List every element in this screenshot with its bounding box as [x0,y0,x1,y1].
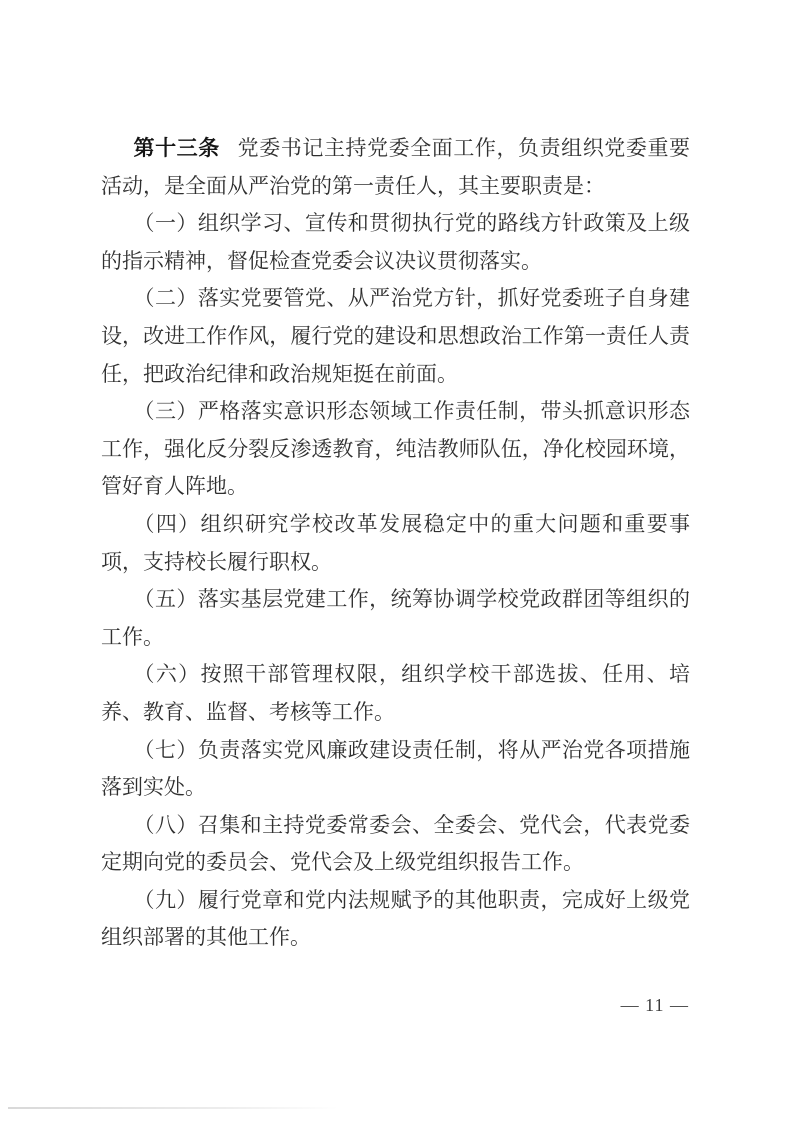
clause-item: （五）落实基层党建工作，统筹协调学校党政群团等组织的工作。 [101,581,690,656]
clause-label: （七） [134,738,198,762]
clause-item: （六）按照干部管理权限，组织学校干部选拔、任用、培养、教育、监督、考核等工作。 [101,656,690,731]
clause-label: （四） [134,512,201,536]
clause-item: （二）落实党要管党、从严治党方针，抓好党委班子自身建设，改进工作作风，履行党的建… [101,280,690,393]
page-number: — 11 — [621,995,689,1016]
clause-label: （三） [134,399,198,423]
clause-label: （八） [134,813,198,837]
clause-label: （五） [134,587,198,611]
clause-item: （七）负责落实党风廉政建设责任制，将从严治党各项措施落到实处。 [101,732,690,807]
clause-label: （二） [134,286,198,310]
article-opening-paragraph: 第十三条党委书记主持党委全面工作，负责组织党委重要活动，是全面从严治党的第一责任… [101,130,690,205]
clause-item: （四）组织研究学校改革发展稳定中的重大问题和重要事项，支持校长履行职权。 [101,506,690,581]
clause-item: （九）履行党章和党内法规赋予的其他职责，完成好上级党组织部署的其他工作。 [101,882,690,957]
article-body: 第十三条党委书记主持党委全面工作，负责组织党委重要活动，是全面从严治党的第一责任… [101,0,690,957]
clause-item: （八）召集和主持党委常委会、全委会、党代会，代表党委定期向党的委员会、党代会及上… [101,807,690,882]
clause-label: （九） [134,888,198,912]
clause-item: （三）严格落实意识形态领域工作责任制，带头抓意识形态工作，强化反分裂反渗透教育，… [101,393,690,506]
article-number: 第十三条 [134,137,220,160]
scan-artifact-line [8,1107,338,1109]
document-page: 第十三条党委书记主持党委全面工作，负责组织党委重要活动，是全面从严治党的第一责任… [0,0,793,1121]
clause-label: （六） [134,662,201,686]
clause-item: （一）组织学习、宣传和贯彻执行党的路线方针政策及上级的指示精神，督促检查党委会议… [101,205,690,280]
clause-label: （一） [134,211,198,235]
